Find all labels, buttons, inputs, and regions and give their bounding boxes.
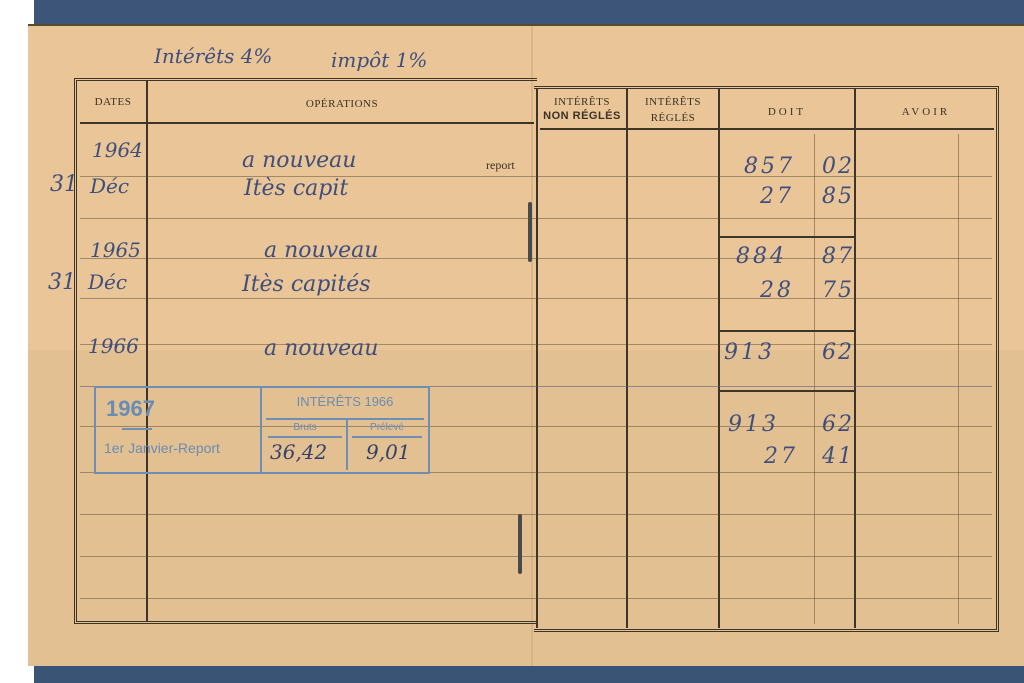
entry-1964-doit1-cents: 02	[822, 154, 854, 179]
stamp-subline	[268, 436, 342, 438]
entry-1966-doit1-cents: 62	[822, 340, 854, 365]
stamp-row-doit2-francs: 27	[764, 444, 798, 469]
entry-1964-op1: a nouveau	[242, 148, 356, 173]
entry-1965-doit2-francs: 28	[760, 278, 794, 303]
interest-rate-note: Intérêts 4%	[154, 44, 272, 68]
entry-1966-doit1-francs: 913	[724, 340, 775, 365]
printed-report-label: report	[486, 158, 515, 173]
staple-top	[528, 202, 532, 262]
col-divider-operations	[536, 88, 538, 628]
doit-cents-divider	[814, 134, 815, 624]
ruled-line	[80, 298, 992, 299]
stamp-title-line	[266, 418, 424, 420]
stamp-col-bruts: Bruts	[266, 422, 344, 433]
ruled-line	[80, 514, 992, 515]
staple-bottom	[518, 514, 522, 574]
stamp-row-doit2-cents: 41	[822, 444, 854, 469]
stamp-report-label: 1er Janvier-Report	[104, 440, 220, 456]
header-underline-left	[80, 122, 534, 124]
entry-1964-year: 1964	[92, 138, 143, 162]
ruled-line	[80, 176, 992, 177]
entry-1965-month: Déc	[88, 270, 127, 294]
col-divider-int-regles	[718, 88, 720, 628]
header-doit: DOIT	[720, 106, 854, 118]
stamp-row-doit1-cents: 62	[822, 412, 854, 437]
doit-subtotal-line-2	[720, 330, 854, 332]
stamp-title: INTÉRÊTS 1966	[262, 394, 428, 409]
entry-1964-doit2-cents: 85	[822, 184, 854, 209]
entry-1966-year: 1966	[88, 334, 139, 358]
header-operations: OPÉRATIONS	[148, 98, 536, 110]
entry-1965-doit1-francs: 884	[736, 244, 787, 269]
col-divider-int-non-regles	[626, 88, 628, 628]
ruled-line	[80, 344, 992, 345]
stamp-col-preleve: Prélevé	[350, 422, 424, 433]
stamp-preleve-value: 9,01	[366, 440, 411, 464]
ruled-line	[80, 598, 992, 599]
stamp-year-underline	[122, 428, 152, 430]
entry-1964-day: 31	[50, 172, 78, 197]
passbook-page: Intérêts 4% impôt 1% DATES OPÉRATIONS IN…	[28, 24, 1024, 666]
doit-subtotal-line-3	[720, 390, 854, 392]
header-int-regles-line1: INTÉRÊTS	[628, 96, 718, 108]
header-underline-right	[540, 128, 994, 130]
entry-1965-op1: a nouveau	[264, 238, 378, 263]
stamp-subdivider	[346, 420, 348, 470]
entry-1964-doit1-francs: 857	[744, 154, 795, 179]
tax-rate-note: impôt 1%	[331, 48, 427, 72]
ruled-line	[80, 556, 992, 557]
header-int-non-regles-line2: NON RÉGLÉS	[538, 110, 626, 122]
stamp-row-doit1-francs: 913	[728, 412, 779, 437]
entry-1965-day: 31	[48, 270, 76, 295]
entry-1966-op1: a nouveau	[264, 336, 378, 361]
entry-1965-doit1-cents: 87	[822, 244, 854, 269]
header-avoir: AVOIR	[856, 106, 996, 118]
col-divider-doit	[854, 88, 856, 628]
header-int-regles-line2: RÉGLÉS	[628, 112, 718, 124]
header-dates: DATES	[80, 96, 146, 108]
stamp-year: 1967	[106, 396, 155, 422]
ruled-line	[80, 218, 992, 219]
stamp-bruts-value: 36,42	[270, 440, 327, 464]
entry-1965-doit2-cents: 75	[822, 278, 854, 303]
entry-1964-month: Déc	[90, 174, 129, 198]
entry-1964-doit2-francs: 27	[760, 184, 794, 209]
entry-1965-year: 1965	[90, 238, 141, 262]
entry-1964-op2: Itès capit	[244, 176, 348, 201]
ruled-line	[80, 258, 992, 259]
header-int-non-regles-line1: INTÉRÊTS	[538, 96, 626, 108]
entry-1965-op2: Itès capités	[242, 272, 371, 297]
interest-stamp-1967: 1967 1er Janvier-Report INTÉRÊTS 1966 Br…	[94, 386, 430, 474]
doit-subtotal-line-1	[720, 236, 854, 238]
col-divider-dates	[146, 81, 148, 621]
stamp-subline	[352, 436, 422, 438]
avoir-cents-divider	[958, 134, 959, 624]
